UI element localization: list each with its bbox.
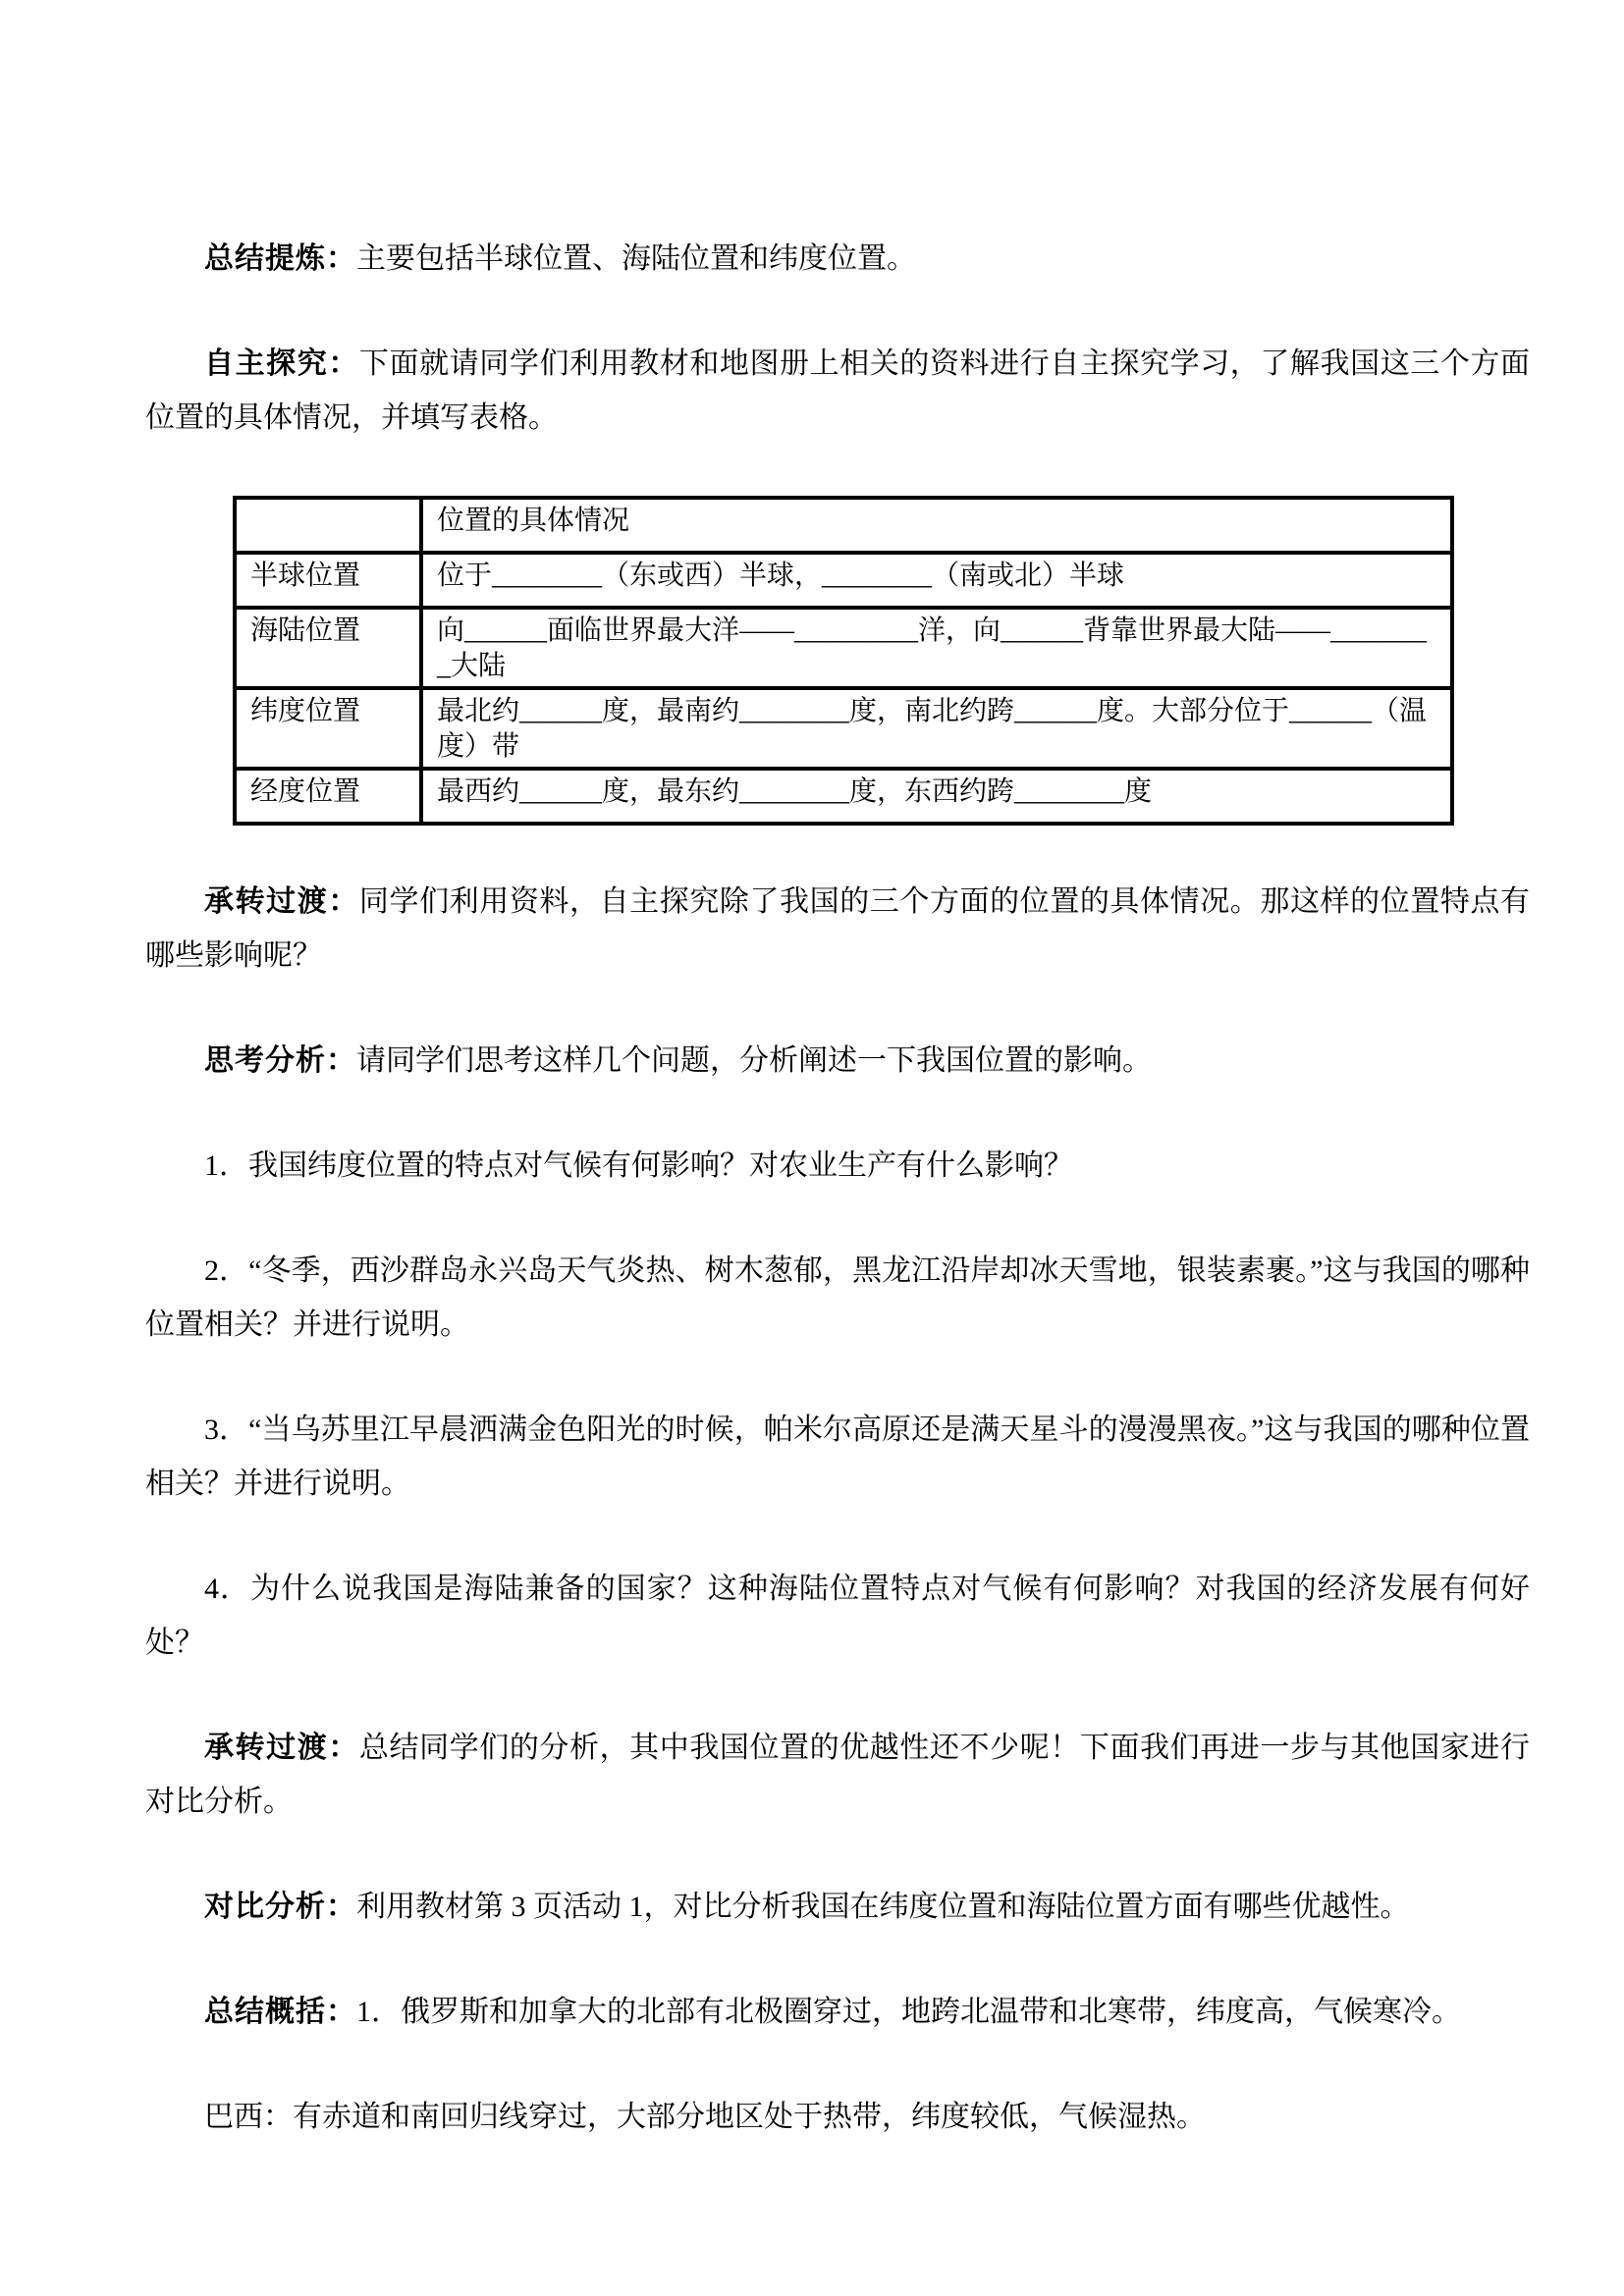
table-header-cell-empty <box>235 498 421 553</box>
row-value-hemisphere: 位于________（东或西）半球，________（南或北）半球 <box>421 553 1452 608</box>
paragraph-summary-text: 主要包括半球位置、海陆位置和纬度位置。 <box>356 242 916 275</box>
question-2-text: 2．“冬季，西沙群岛永兴岛天气炎热、树木葱郁，黑龙江沿岸却冰天雪地，银装素裹。”… <box>145 1255 1530 1341</box>
paragraph-summary: 总结提炼：主要包括半球位置、海陆位置和纬度位置。 <box>145 232 1530 286</box>
question-3: 3．“当乌苏里江早晨洒满金色阳光的时候，帕米尔高原还是满天星斗的漫漫黑夜。”这与… <box>145 1403 1530 1511</box>
question-3-text: 3．“当乌苏里江早晨洒满金色阳光的时候，帕米尔高原还是满天星斗的漫漫黑夜。”这与… <box>145 1414 1530 1500</box>
question-1-text: 1．我国纬度位置的特点对气候有何影响？对农业生产有什么影响？ <box>204 1149 1073 1182</box>
table-row-latitude: 纬度位置 最北约______度，最南约________度，南北约跨______度… <box>235 688 1452 769</box>
paragraph-transition-2: 承转过渡：总结同学们的分析，其中我国位置的优越性还不少呢！下面我们再进一步与其他… <box>145 1721 1530 1829</box>
document-page: 总结提炼：主要包括半球位置、海陆位置和纬度位置。 自主探究：下面就请同学们利用教… <box>0 0 1624 2296</box>
row-value-land-sea: 向______面临世界最大洋——_________洋，向______背靠世界最大… <box>421 608 1452 688</box>
row-label-latitude: 纬度位置 <box>235 688 421 769</box>
question-1: 1．我国纬度位置的特点对气候有何影响？对农业生产有什么影响？ <box>145 1139 1530 1193</box>
paragraph-transition-1: 承转过渡：同学们利用资料，自主探究除了我国的三个方面的位置的具体情况。那这样的位… <box>145 875 1530 983</box>
paragraph-explore-label: 自主探究： <box>204 347 359 381</box>
paragraph-compare-text: 利用教材第 3 页活动 1，对比分析我国在纬度位置和海陆位置方面有哪些优越性。 <box>356 1891 1410 1923</box>
paragraph-brazil: 巴西：有赤道和南回归线穿过，大部分地区处于热带，纬度较低，气候湿热。 <box>145 2090 1530 2144</box>
paragraph-think-label: 思考分析： <box>204 1043 356 1078</box>
table-header-cell-title: 位置的具体情况 <box>421 498 1452 553</box>
paragraph-transition-2-label: 承转过渡： <box>204 1731 359 1765</box>
paragraph-compare-label: 对比分析： <box>204 1890 356 1924</box>
row-value-longitude: 最西约______度，最东约________度，东西约跨________度 <box>421 769 1452 824</box>
paragraph-conclude-text: 1．俄罗斯和加拿大的北部有北极圈穿过，地跨北温带和北寒带，纬度高，气候寒冷。 <box>356 1996 1461 2028</box>
row-value-latitude: 最北约______度，最南约________度，南北约跨______度。大部分位… <box>421 688 1452 769</box>
row-label-hemisphere: 半球位置 <box>235 553 421 608</box>
paragraph-think: 思考分析：请同学们思考这样几个问题，分析阐述一下我国位置的影响。 <box>145 1034 1530 1088</box>
paragraph-transition-1-label: 承转过渡： <box>204 884 359 919</box>
question-4-text: 4．为什么说我国是海陆兼备的国家？这种海陆位置特点对气候有何影响？对我国的经济发… <box>145 1573 1530 1659</box>
row-label-land-sea: 海陆位置 <box>235 608 421 688</box>
question-4: 4．为什么说我国是海陆兼备的国家？这种海陆位置特点对气候有何影响？对我国的经济发… <box>145 1562 1530 1670</box>
table-header-row: 位置的具体情况 <box>235 498 1452 553</box>
paragraph-think-text: 请同学们思考这样几个问题，分析阐述一下我国位置的影响。 <box>356 1044 1152 1077</box>
paragraph-explore: 自主探究：下面就请同学们利用教材和地图册上相关的资料进行自主探究学习，了解我国这… <box>145 337 1530 445</box>
paragraph-conclude-label: 总结概括： <box>204 1995 356 2029</box>
paragraph-summary-label: 总结提炼： <box>204 241 356 276</box>
paragraph-compare: 对比分析：利用教材第 3 页活动 1，对比分析我国在纬度位置和海陆位置方面有哪些… <box>145 1880 1530 1934</box>
paragraph-conclude: 总结概括：1．俄罗斯和加拿大的北部有北极圈穿过，地跨北温带和北寒带，纬度高，气候… <box>145 1985 1530 2039</box>
table-row-longitude: 经度位置 最西约______度，最东约________度，东西约跨_______… <box>235 769 1452 824</box>
row-label-longitude: 经度位置 <box>235 769 421 824</box>
paragraph-brazil-text: 巴西：有赤道和南回归线穿过，大部分地区处于热带，纬度较低，气候湿热。 <box>204 2101 1206 2133</box>
table-row-hemisphere: 半球位置 位于________（东或西）半球，________（南或北）半球 <box>235 553 1452 608</box>
position-table: 位置的具体情况 半球位置 位于________（东或西）半球，________（… <box>233 496 1454 826</box>
table-row-land-sea: 海陆位置 向______面临世界最大洋——_________洋，向______背… <box>235 608 1452 688</box>
question-2: 2．“冬季，西沙群岛永兴岛天气炎热、树木葱郁，黑龙江沿岸却冰天雪地，银装素裹。”… <box>145 1244 1530 1352</box>
